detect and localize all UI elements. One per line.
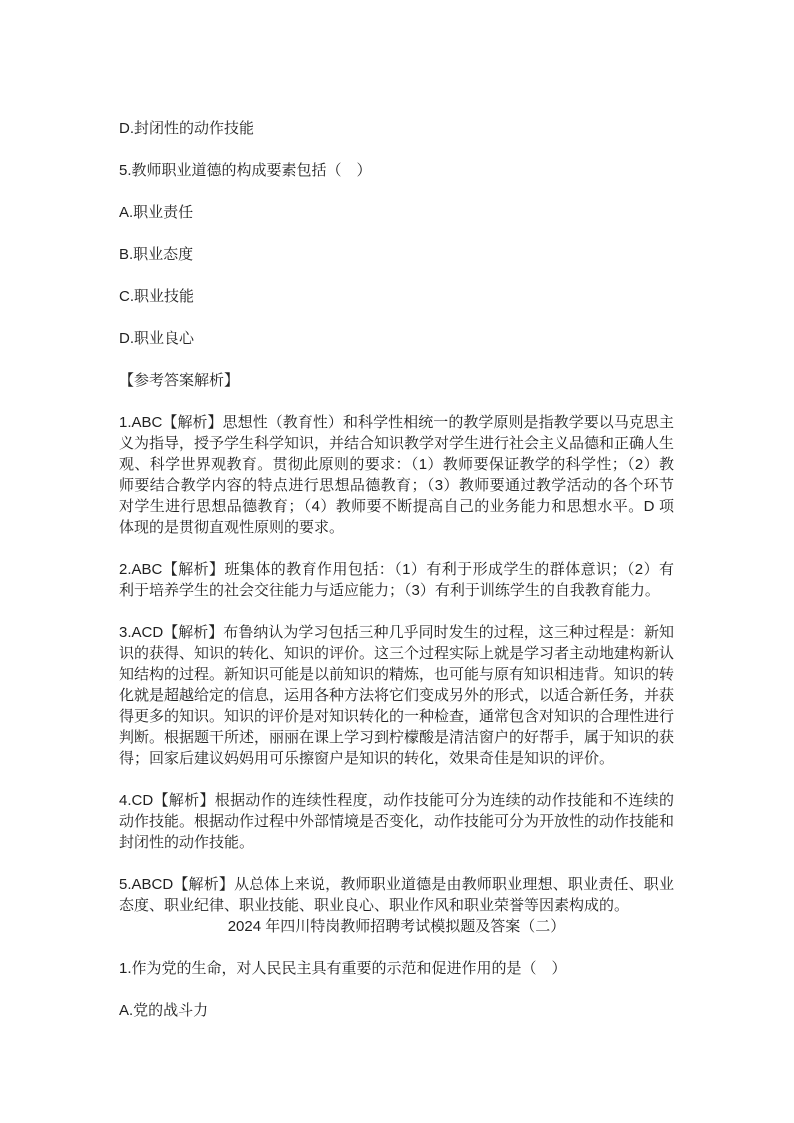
question-5-stem: 5.教师职业道德的构成要素包括（ ）	[119, 160, 674, 181]
explanation-5: 5.ABCD【解析】从总体上来说，教师职业道德是由教师职业理想、职业责任、职业态…	[119, 874, 674, 916]
explanation-1: 1.ABC【解析】思想性（教育性）和科学性相统一的教学原则是指教学要以马克思主义…	[119, 412, 674, 538]
document-page: D.封闭性的动作技能 5.教师职业道德的构成要素包括（ ） A.职业责任 B.职…	[0, 0, 794, 1123]
paper-2-question-1-option-a: A.党的战斗力	[119, 1000, 674, 1021]
question-5-option-b: B.职业态度	[119, 244, 674, 265]
paper-2-question-1: 1.作为党的生命，对人民民主具有重要的示范和促进作用的是（ ）	[119, 958, 674, 979]
question-5-option-a: A.职业责任	[119, 202, 674, 223]
answers-heading: 【参考答案解析】	[119, 370, 674, 391]
question-4-option-d: D.封闭性的动作技能	[119, 118, 674, 139]
question-5-option-d: D.职业良心	[119, 328, 674, 349]
paper-2-title: 2024 年四川特岗教师招聘考试模拟题及答案（二）	[119, 916, 674, 937]
explanation-2: 2.ABC【解析】班集体的教育作用包括：（1）有利于形成学生的群体意识；（2）有…	[119, 559, 674, 601]
explanation-4: 4.CD【解析】根据动作的连续性程度，动作技能可分为连续的动作技能和不连续的动作…	[119, 790, 674, 853]
content-column: D.封闭性的动作技能 5.教师职业道德的构成要素包括（ ） A.职业责任 B.职…	[119, 118, 674, 1042]
question-5-option-c: C.职业技能	[119, 286, 674, 307]
explanation-3: 3.ACD【解析】布鲁纳认为学习包括三种几乎同时发生的过程，这三种过程是：新知识…	[119, 622, 674, 769]
